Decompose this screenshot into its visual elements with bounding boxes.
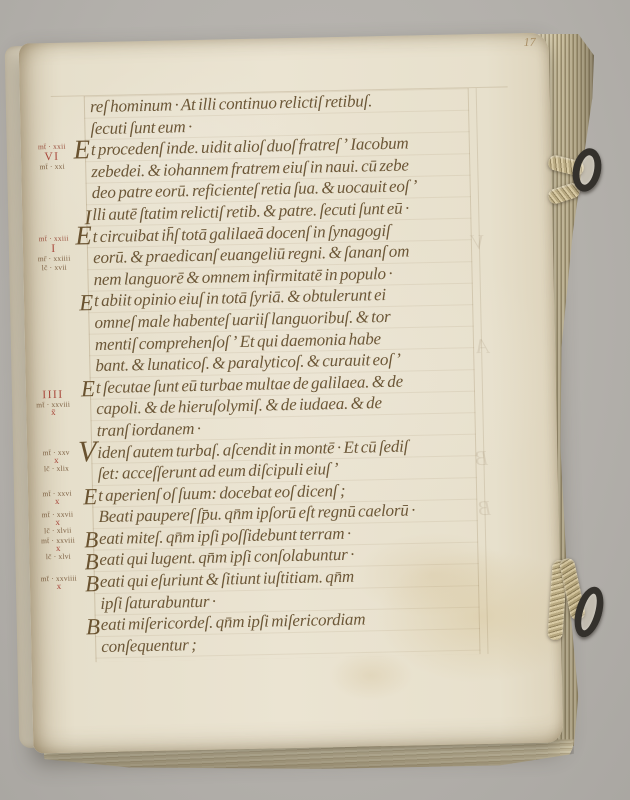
canon-margin-note: mt̄ · xxviiixlc̄ · xlvi bbox=[31, 536, 85, 561]
photo-background: 17 reſ hominum · At illi continuo relict… bbox=[0, 0, 630, 800]
initial-letter: B bbox=[86, 615, 100, 638]
show-through-letter: A bbox=[476, 334, 489, 359]
initial-letter: E bbox=[81, 377, 95, 400]
initial-letter: E bbox=[79, 291, 93, 314]
canon-margin-note: mt̄ · xxviiiix bbox=[32, 574, 86, 591]
folio-number: 17 bbox=[524, 35, 536, 50]
initial-letter: B bbox=[84, 550, 98, 573]
line-text: conſequentur ; bbox=[101, 635, 197, 656]
canon-margin-note: IIIImt̄ · xxviiix̄ bbox=[26, 388, 81, 417]
canon-margin-note: mt̄ · xxiiVImt̄ · xxi bbox=[25, 142, 80, 172]
margin-note-line: lc̄ · xlix bbox=[29, 464, 83, 473]
margin-note-line: lc̄ · xlvi bbox=[31, 552, 85, 561]
manuscript-page: 17 reſ hominum · At illi continuo relict… bbox=[19, 33, 564, 754]
canon-margin-note: mt̄ · xxviixlc̄ · xlvii bbox=[30, 510, 84, 535]
margin-note-line: lc̄ · xvii bbox=[27, 263, 81, 272]
show-through-letter: B bbox=[475, 446, 488, 471]
margin-note-line: x bbox=[30, 498, 84, 507]
initial-letter: E bbox=[83, 485, 97, 508]
margin-note-line: lc̄ · xlvii bbox=[31, 526, 85, 535]
clasp-top bbox=[548, 142, 628, 226]
canon-margin-note: mt̄ · xxvix bbox=[30, 489, 84, 506]
text-block: reſ hominum · At illi continuo relictiſ … bbox=[90, 88, 512, 658]
margin-note-line: x̄ bbox=[26, 409, 80, 418]
initial-letter: B bbox=[85, 572, 99, 595]
canon-margin-note: mt̄ · xxiiiImr̄ · xxiiiilc̄ · xvii bbox=[27, 234, 82, 272]
margin-note-line: x bbox=[32, 583, 86, 592]
line-text: ipſi ſaturabuntur · bbox=[100, 591, 216, 612]
line-text: tranſ iordanem · bbox=[97, 419, 202, 440]
line-text: ſecuti ſunt eum · bbox=[90, 117, 192, 138]
show-through-letter: B bbox=[478, 496, 491, 521]
clasp-bottom bbox=[546, 556, 628, 652]
margin-note-line: mt̄ · xxi bbox=[25, 163, 79, 172]
canon-margin-note: mt̄ · xxvxlc̄ · xlix bbox=[29, 448, 83, 473]
show-through-letter: V bbox=[472, 230, 485, 255]
